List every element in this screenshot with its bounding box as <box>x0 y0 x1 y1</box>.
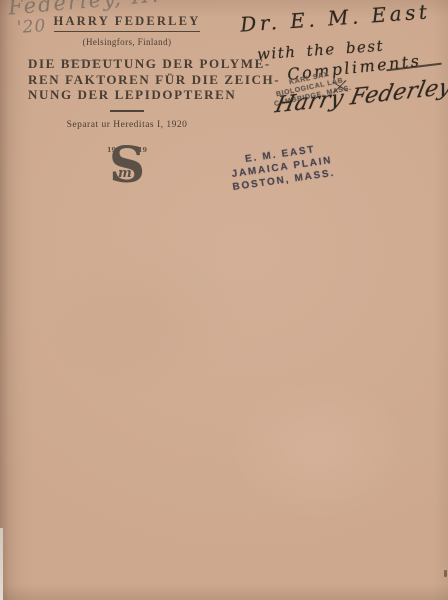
paper-blotch <box>230 380 410 520</box>
title-line-2: REN FAKTOREN FÜR DIE ZEICH- <box>28 72 226 88</box>
scan-edge-speck <box>444 570 447 577</box>
pamphlet-cover-scan: Federley, H. '20 HARRY FEDERLEY (Helsing… <box>0 0 448 600</box>
hereditas-monogram-logo-icon: S m 19 19 <box>104 141 150 189</box>
paper-blotch <box>40 240 240 400</box>
scan-edge-sliver <box>0 528 3 600</box>
author-affiliation: (Helsingfors, Finland) <box>28 37 226 47</box>
title-line-3: NUNG DER LEPIDOPTEREN <box>28 87 226 103</box>
logo-year-left: 19 <box>107 146 116 154</box>
separator-rule <box>110 110 144 112</box>
inscription-recipient: Dr. E. M. East <box>239 0 431 37</box>
title-line-1: DIE BEDEUTUNG DER POLYME- <box>28 56 226 72</box>
imprint-line: Separat ur Hereditas I, 1920 <box>28 120 226 130</box>
printed-title-block: HARRY FEDERLEY (Helsingfors, Finland) DI… <box>28 12 226 189</box>
author-name: HARRY FEDERLEY <box>54 14 201 32</box>
logo-letter-m: m <box>118 166 132 181</box>
east-address-stamp: E. M. EAST JAMAICA PLAIN BOSTON, MASS. <box>224 140 340 194</box>
publication-title: DIE BEDEUTUNG DER POLYME- REN FAKTOREN F… <box>28 56 226 103</box>
logo-year-right: 19 <box>138 146 147 154</box>
